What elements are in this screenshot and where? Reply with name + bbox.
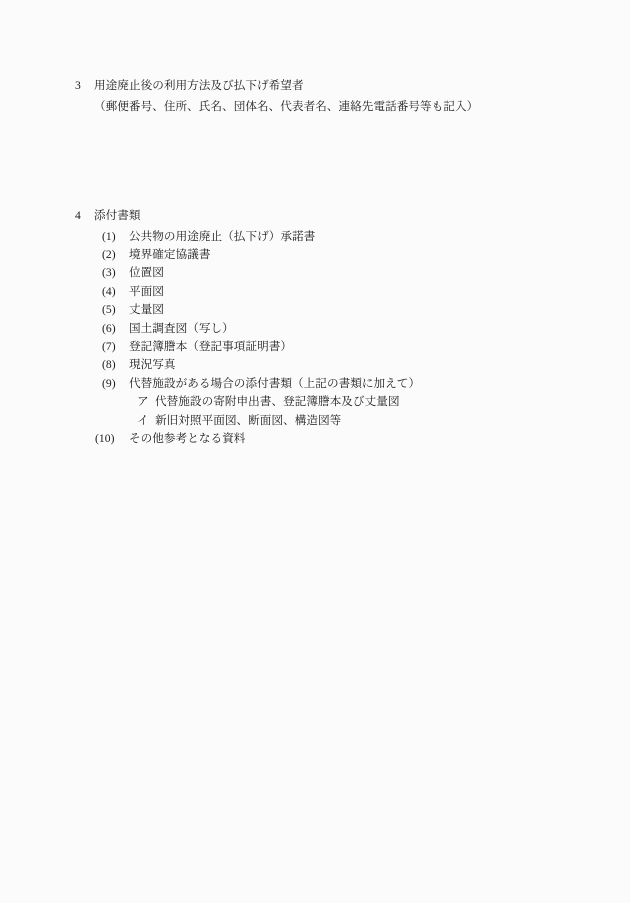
item-text: 現況写真 bbox=[129, 356, 176, 374]
list-item: (4) 平面図 bbox=[75, 283, 420, 301]
item-text: 代替施設がある場合の添付書類（上記の書類に加えて） bbox=[129, 375, 420, 393]
item-number: (10) bbox=[95, 430, 129, 448]
list-item: (2) 境界確定協議書 bbox=[75, 246, 420, 264]
section-number: 3 bbox=[75, 75, 94, 96]
item-number: (9) bbox=[95, 375, 129, 393]
item-text: 登記簿謄本（登記事項証明書） bbox=[129, 338, 292, 356]
item-number: (8) bbox=[95, 356, 129, 374]
list-item: (7) 登記簿謄本（登記事項証明書） bbox=[75, 338, 420, 356]
section-number: 4 bbox=[75, 206, 94, 225]
item-number: (2) bbox=[95, 246, 129, 264]
item-text: 丈量図 bbox=[129, 301, 164, 319]
item-text: 位置図 bbox=[129, 264, 164, 282]
section-title: 用途廃止後の利用方法及び払下げ希望者 bbox=[94, 75, 304, 96]
item-number: (4) bbox=[95, 283, 129, 301]
list-item: (8) 現況写真 bbox=[75, 356, 420, 374]
subitem-text: 新旧対照平面図、断面図、構造図等 bbox=[155, 412, 341, 430]
item-text: 国土調査図（写し） bbox=[129, 320, 234, 338]
list-subitem: ア 代替施設の寄附申出書、登記簿謄本及び丈量図 bbox=[75, 393, 420, 411]
item-text: 境界確定協議書 bbox=[129, 246, 211, 264]
list-item: (9) 代替施設がある場合の添付書類（上記の書類に加えて） bbox=[75, 375, 420, 393]
section-3: 3 用途廃止後の利用方法及び払下げ希望者 （郵便番号、住所、氏名、団体名、代表者… bbox=[75, 75, 478, 117]
section-4: 4 添付書類 (1) 公共物の用途廃止（払下げ）承諾書 (2) 境界確定協議書 … bbox=[75, 206, 420, 448]
item-text: 平面図 bbox=[129, 283, 164, 301]
item-number: (5) bbox=[95, 301, 129, 319]
item-number: (7) bbox=[95, 338, 129, 356]
list-subitem: イ 新旧対照平面図、断面図、構造図等 bbox=[75, 412, 420, 430]
subitem-marker: ア bbox=[137, 393, 155, 411]
item-number: (6) bbox=[95, 320, 129, 338]
list-item: (10) その他参考となる資料 bbox=[75, 430, 420, 448]
item-number: (3) bbox=[95, 264, 129, 282]
subitem-marker: イ bbox=[137, 412, 155, 430]
item-text: 公共物の用途廃止（払下げ）承諾書 bbox=[129, 228, 315, 246]
section-3-heading: 3 用途廃止後の利用方法及び払下げ希望者 bbox=[75, 75, 478, 96]
item-text: その他参考となる資料 bbox=[129, 430, 245, 448]
section-title: 添付書類 bbox=[94, 206, 141, 225]
attachment-list: (1) 公共物の用途廃止（払下げ）承諾書 (2) 境界確定協議書 (3) 位置図… bbox=[75, 228, 420, 449]
item-number: (1) bbox=[95, 228, 129, 246]
list-item: (1) 公共物の用途廃止（払下げ）承諾書 bbox=[75, 228, 420, 246]
list-item: (6) 国土調査図（写し） bbox=[75, 320, 420, 338]
document-page: 3 用途廃止後の利用方法及び払下げ希望者 （郵便番号、住所、氏名、団体名、代表者… bbox=[0, 0, 630, 903]
subitem-text: 代替施設の寄附申出書、登記簿謄本及び丈量図 bbox=[155, 393, 400, 411]
list-item: (3) 位置図 bbox=[75, 264, 420, 282]
section-4-heading: 4 添付書類 bbox=[75, 206, 420, 225]
list-item: (5) 丈量図 bbox=[75, 301, 420, 319]
section-3-note: （郵便番号、住所、氏名、団体名、代表者名、連絡先電話番号等も記入） bbox=[75, 96, 478, 117]
